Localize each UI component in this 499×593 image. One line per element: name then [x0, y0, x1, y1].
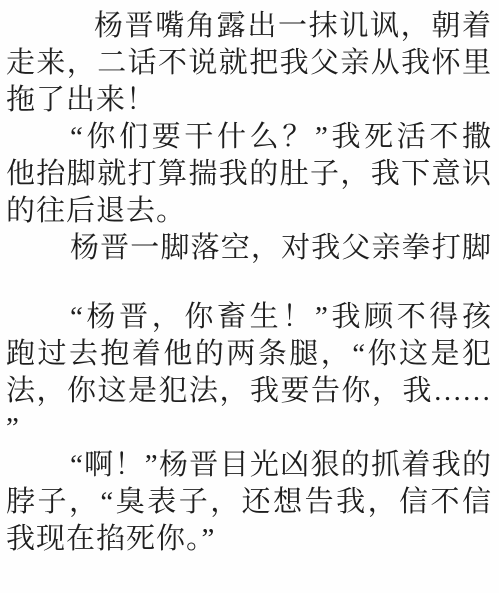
text-line: 走来，二话不说就把我父亲从我怀里 — [6, 45, 491, 82]
text-line: 脖子，“臭表子，还想告我，信不信 — [6, 484, 491, 521]
text-line: “杨晋，你畜生！”我顾不得孩子， — [6, 299, 491, 336]
paragraph: “你们要干什么？”我死活不撒手， 他抬脚就打算揣我的肚子，我下意识 的往后退去。 — [6, 119, 491, 230]
paragraph: 杨晋一脚落空，对我父亲拳打脚踢！ — [6, 230, 491, 267]
text-line: 杨晋一脚落空，对我父亲拳打脚踢！ — [6, 230, 491, 267]
text-line: 法，你这是犯法，我要告你，我…… — [6, 373, 491, 410]
text-line: 跑过去抱着他的两条腿，“你这是犯 — [6, 336, 491, 373]
paragraph: “杨晋，你畜生！”我顾不得孩子， 跑过去抱着他的两条腿，“你这是犯 法，你这是犯… — [6, 299, 491, 447]
paragraph: “啊！”杨晋目光凶狠的抓着我的 脖子，“臭表子，还想告我，信不信 我现在掐死你。… — [6, 447, 491, 558]
novel-page: 杨晋嘴角露出一抹讥讽，朝着我 走来，二话不说就把我父亲从我怀里 拖了出来！ “你… — [0, 0, 499, 593]
text-line: 拖了出来！ — [6, 82, 491, 119]
text-line: “啊！”杨晋目光凶狠的抓着我的 — [6, 447, 491, 484]
text-line: 杨晋嘴角露出一抹讥讽，朝着我 — [6, 8, 491, 45]
paragraph: 杨晋嘴角露出一抹讥讽，朝着我 走来，二话不说就把我父亲从我怀里 拖了出来！ — [6, 8, 491, 119]
text-line: 我现在掐死你。” — [6, 521, 491, 558]
text-line: “你们要干什么？”我死活不撒手， — [6, 119, 491, 156]
text-line: 的往后退去。 — [6, 193, 491, 230]
text-line: ” — [6, 410, 491, 447]
text-line: 他抬脚就打算揣我的肚子，我下意识 — [6, 156, 491, 193]
